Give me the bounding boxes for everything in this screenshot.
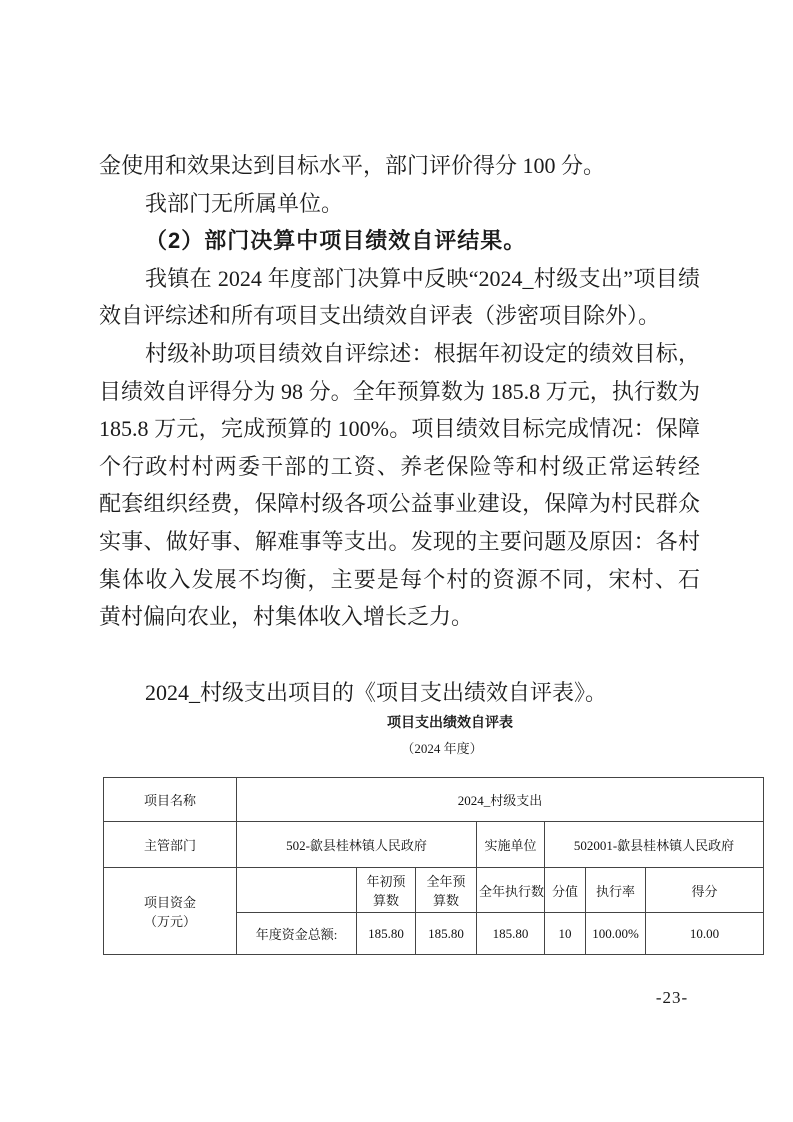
- paragraph-line: 我镇在 2024 年度部门决算中反映“2024_村级支出”项目绩: [99, 260, 700, 298]
- col-header-annual-budget: 全年预 算数: [416, 868, 477, 913]
- total-score: 10.00: [646, 913, 764, 955]
- impl-unit-value: 502001-歙县桂林镇人民政府: [545, 822, 764, 868]
- col-header-initial-budget: 年初预 算数: [357, 868, 416, 913]
- table-subtitle: （2024 年度）: [112, 738, 772, 757]
- paragraph-line: 实事、做好事、解难事等支出。发现的主要问题及原因：各村村: [99, 523, 700, 561]
- project-name-value: 2024_村级支出: [237, 778, 764, 822]
- document-page: 金使用和效果达到目标水平，部门评价得分 100 分。 我部门无所属单位。 （2）…: [0, 0, 793, 1122]
- funds-sub-empty-cell: [237, 868, 357, 913]
- col-header-score: 得分: [646, 868, 764, 913]
- paragraph-line: 金使用和效果达到目标水平，部门评价得分 100 分。: [99, 147, 700, 185]
- total-annual-budget: 185.80: [416, 913, 477, 955]
- col-header-execution-rate: 执行率: [586, 868, 646, 913]
- dept-value: 502-歙县桂林镇人民政府: [237, 822, 477, 868]
- total-executed: 185.80: [477, 913, 545, 955]
- col-header-score-weight: 分值: [545, 868, 586, 913]
- paragraph-line: 目绩效自评得分为 98 分。全年预算数为 185.8 万元，执行数为: [99, 373, 700, 411]
- paragraph-line: 我部门无所属单位。: [99, 185, 700, 223]
- paragraph-line: 个行政村村两委干部的工资、养老保险等和村级正常运转经费、: [99, 448, 700, 486]
- body-text: 金使用和效果达到目标水平，部门评价得分 100 分。 我部门无所属单位。 （2）…: [99, 147, 700, 636]
- funds-label-line1: 项目资金: [106, 892, 234, 911]
- funds-label: 项目资金 （万元）: [104, 868, 237, 955]
- paragraph-line: 黄村偏向农业，村集体收入增长乏力。: [99, 598, 700, 636]
- paragraph-line: 效自评综述和所有项目支出绩效自评表（涉密项目除外）。: [99, 297, 700, 335]
- col-header-executed: 全年执行数: [477, 868, 545, 913]
- performance-self-evaluation-table: 项目名称 2024_村级支出 主管部门 502-歙县桂林镇人民政府 实施单位 5…: [103, 777, 764, 955]
- total-execution-rate: 100.00%: [586, 913, 646, 955]
- paragraph-line: 185.8 万元，完成预算的 100%。项目绩效目标完成情况：保障 9: [99, 410, 700, 448]
- dept-label: 主管部门: [104, 822, 237, 868]
- paragraph-line: 配套组织经费，保障村级各项公益事业建设，保障为村民群众办: [99, 485, 700, 523]
- paragraph-line: 村级补助项目绩效自评综述：根据年初设定的绩效目标，项: [99, 335, 700, 373]
- project-name-label: 项目名称: [104, 778, 237, 822]
- table-intro-line: 2024_村级支出项目的《项目支出绩效自评表》。: [99, 674, 739, 712]
- paragraph-line: 集体收入发展不均衡，主要是每个村的资源不同，宋村、石河、: [99, 561, 700, 599]
- total-funds-row-label: 年度资金总额:: [237, 913, 357, 955]
- page-number: -23-: [617, 988, 727, 1008]
- section-heading: （2）部门决算中项目绩效自评结果。: [99, 222, 700, 260]
- funds-label-line2: （万元）: [106, 911, 234, 930]
- table-title: 项目支出绩效自评表: [120, 712, 780, 732]
- total-score-weight: 10: [545, 913, 586, 955]
- impl-unit-label: 实施单位: [477, 822, 545, 868]
- total-initial-budget: 185.80: [357, 913, 416, 955]
